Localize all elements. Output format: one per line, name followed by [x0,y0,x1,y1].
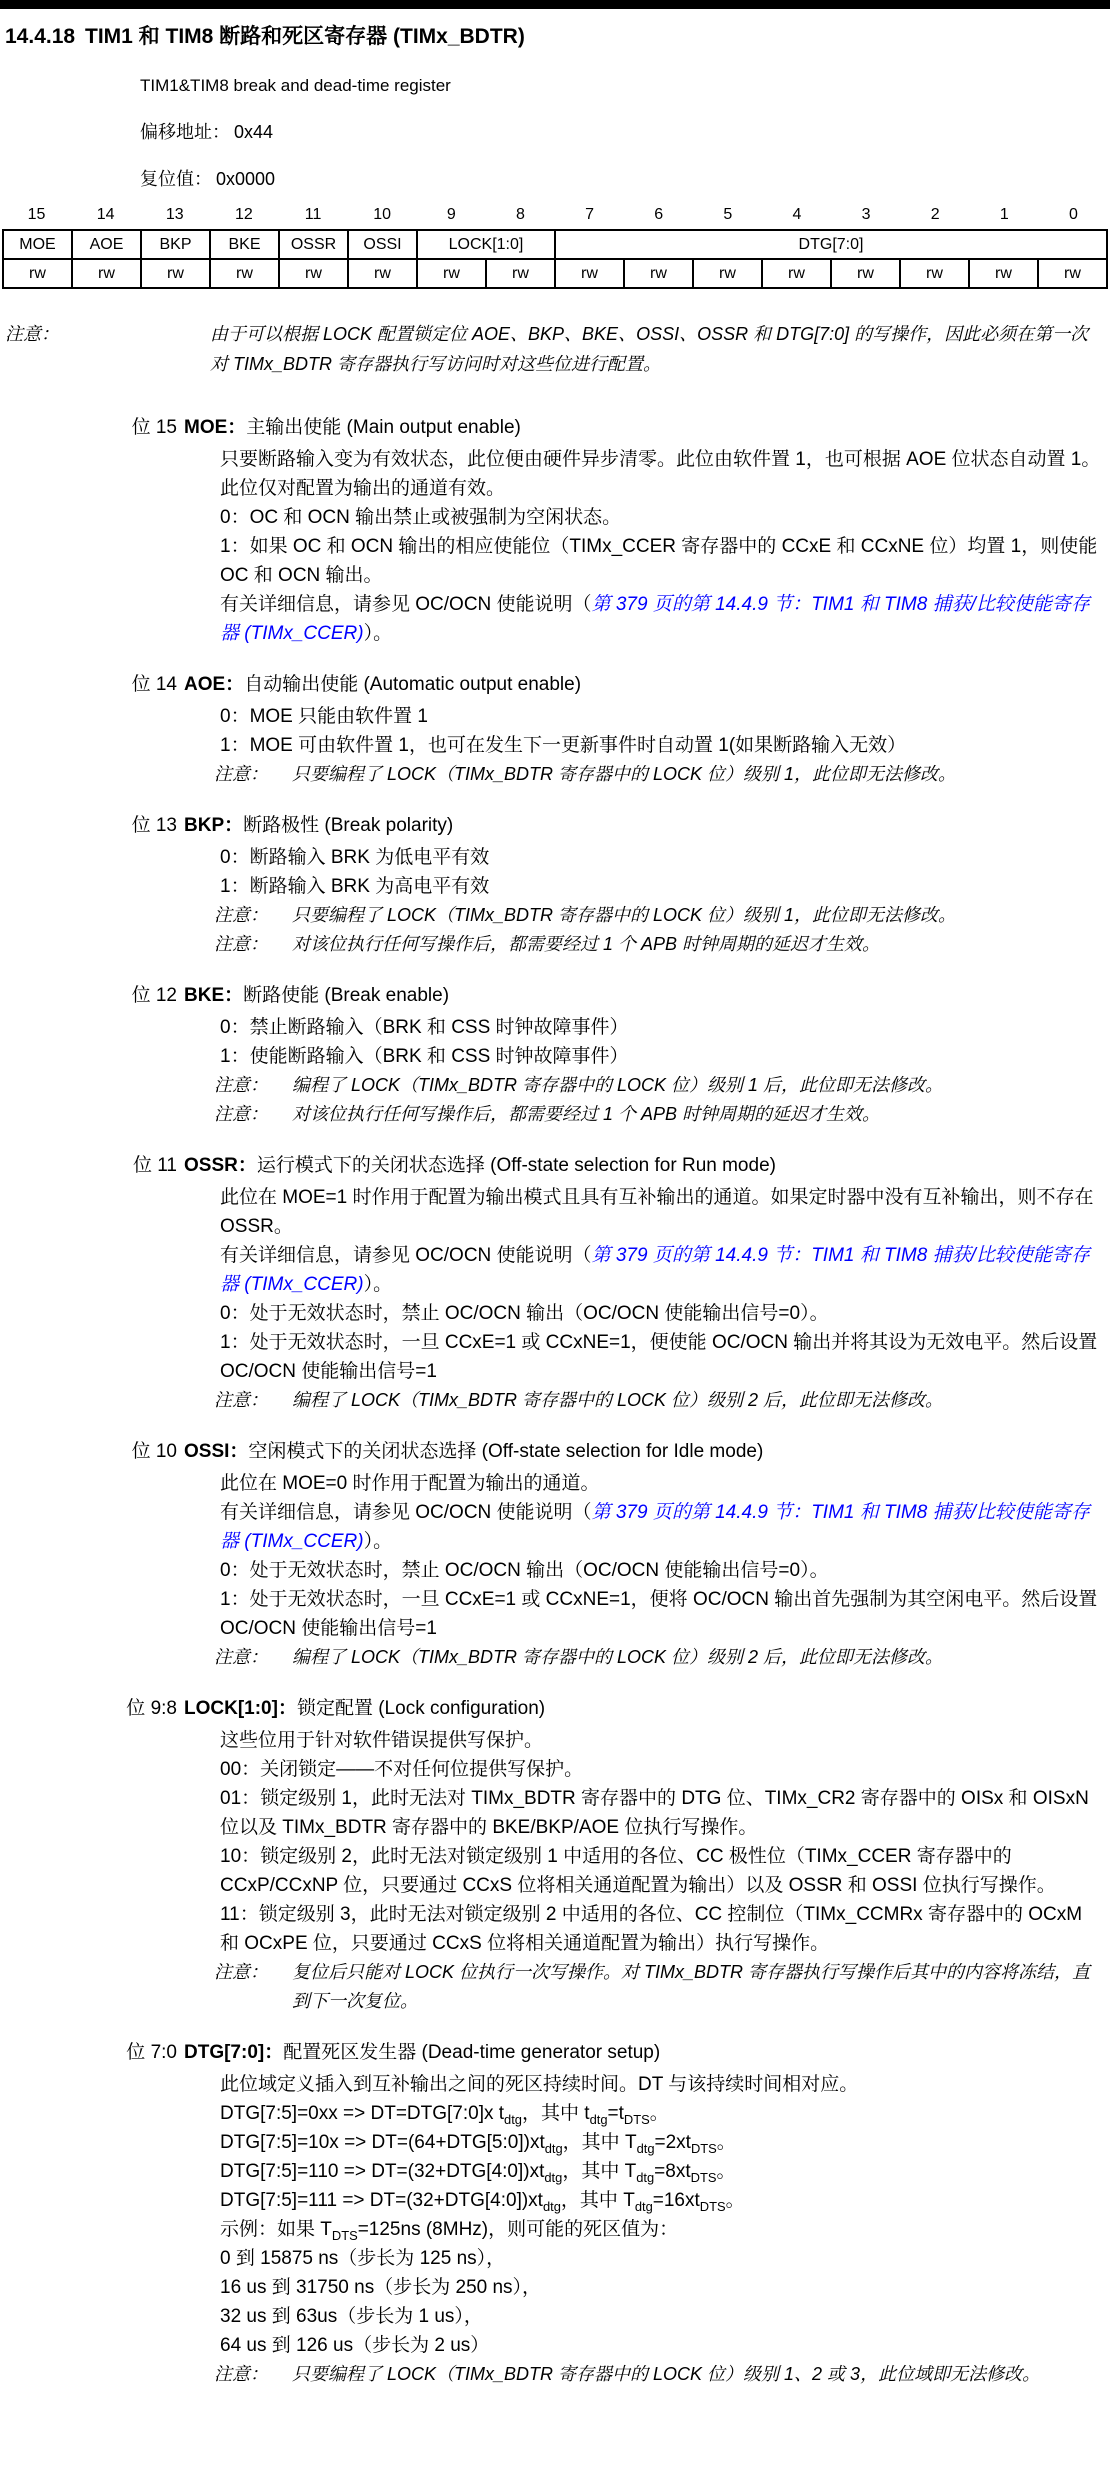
text-run: 1：处于无效状态时，一旦 CCxE=1 或 CCxNE=1，便使能 OC/OCN… [220,1332,1097,1382]
bit-number: 5 [693,206,762,224]
page-top-border [0,0,1110,9]
bit-field-description: 断路极性 (Break polarity) [243,815,453,836]
register-diagram: 1514131211109876543210MOEAOEBKPBKEOSSROS… [2,206,1108,289]
text-run: DTG[7:5]=10x => DT=(64+DTG[5:0])xt [220,2132,545,2153]
text-run: ，其中 T [563,2132,637,2153]
bit-paragraph: 1：如果 OC 和 OCN 输出的相应使能位（TIMx_CCER 寄存器中的 C… [220,532,1106,590]
offset-address-line: 偏移地址：0x44 [140,121,1110,144]
bit-paragraph: 1：处于无效状态时，一旦 CCxE=1 或 CCxNE=1，便使能 OC/OCN… [220,1328,1106,1386]
bit-range-label: 位 9:8 [0,1694,177,1723]
bit-range-label: 位 13 [0,811,177,840]
text-run: 0：断路输入 BRK 为低电平有效 [220,847,489,868]
access-cell: rw [210,259,279,288]
bit-field-name: BKE： [184,985,243,1006]
bit-field-name: LOCK[1:0]： [184,1698,297,1719]
text-run: ，其中 T [562,2161,636,2182]
bit-paragraph: 有关详细信息，请参见 OC/OCN 使能说明（第 379 页的第 14.4.9 … [220,590,1106,648]
note-label: 注意： [214,1071,268,1100]
offset-label: 偏移地址： [140,122,230,142]
bit-section-body: 0：禁止断路输入（BRK 和 CSS 时钟故障事件）1：使能断路输入（BRK 和… [0,1013,1110,1129]
text-run: 0：OC 和 OCN 输出禁止或被强制为空闲状态。 [220,507,621,528]
text-run: 对该位执行任何写操作后，都需要经过 1 个 APB 时钟周期的延迟才生效。 [292,1104,880,1124]
bit-paragraph: DTG[7:5]=110 => DT=(32+DTG[4:0])xtdtg，其中… [220,2157,1106,2186]
text-run: 示例：如果 T [220,2219,332,2240]
note-label: 注意： [214,760,268,789]
text-run: 00：关闭锁定——不对任何位提供写保护。 [220,1759,583,1780]
bit-number: 9 [417,206,486,224]
bit-section-header: 位 9:8LOCK[1:0]：锁定配置 (Lock configuration) [0,1694,1110,1723]
note-label: 注意： [214,1100,268,1129]
text-run: 0：禁止断路输入（BRK 和 CSS 时钟故障事件） [220,1017,629,1038]
reset-value-line: 复位值：0x0000 [140,168,1110,191]
bit-paragraph: 0：处于无效状态时，禁止 OC/OCN 输出（OC/OCN 使能输出信号=0）。 [220,1299,1106,1328]
subscript-text: dtg [545,2141,563,2156]
bit-field-name: AOE： [184,674,244,695]
text-run: 此位域定义插入到互补输出之间的死区持续时间。DT 与该持续时间相对应。 [220,2074,858,2095]
text-run: 1：如果 OC 和 OCN 输出的相应使能位（TIMx_CCER 寄存器中的 C… [220,536,1097,586]
text-run: =125ns (8MHz)，则可能的死区值为： [358,2219,678,2240]
bit-section-LOCK: 位 9:8LOCK[1:0]：锁定配置 (Lock configuration)… [0,1694,1110,2016]
text-run: 只要编程了 LOCK（TIMx_BDTR 寄存器中的 LOCK 位）级别 1，此… [292,764,956,784]
bit-paragraph: DTG[7:5]=0xx => DT=DTG[7:0]x tdtg，其中 tdt… [220,2099,1106,2128]
subscript-text: dtg [635,2199,653,2214]
bit-number: 6 [624,206,693,224]
text-run: 只要断路输入变为有效状态，此位便由硬件异步清零。此位由软件置 1，也可根据 AO… [220,449,1100,499]
bit-section-OSSR: 位 11OSSR：运行模式下的关闭状态选择 (Off-state selecti… [0,1151,1110,1415]
bit-field-description: 断路使能 (Break enable) [243,985,449,1006]
bit-field-name: MOE： [184,417,246,438]
bit-paragraph: 此位在 MOE=1 时作用于配置为输出模式且具有互补输出的通道。如果定时器中没有… [220,1183,1106,1241]
field-cell: OSSR [279,230,348,259]
bit-range-label: 位 7:0 [0,2038,177,2067]
text-run: 01：锁定级别 1，此时无法对 TIMx_BDTR 寄存器中的 DTG 位、TI… [220,1788,1089,1838]
field-cell: BKP [141,230,210,259]
bit-number: 15 [2,206,71,224]
bit-note: 注意：只要编程了 LOCK（TIMx_BDTR 寄存器中的 LOCK 位）级别 … [214,760,1106,789]
text-run: =2xt [655,2132,691,2153]
field-cell: BKE [210,230,279,259]
bit-paragraph: 0：处于无效状态时，禁止 OC/OCN 输出（OC/OCN 使能输出信号=0）。 [220,1556,1106,1585]
bit-paragraph: 这些位用于针对软件错误提供写保护。 [220,1726,1106,1755]
text-run: 0 到 15875 ns（步长为 125 ns）， [220,2248,505,2269]
bit-paragraph: 00：关闭锁定——不对任何位提供写保护。 [220,1755,1106,1784]
bit-descriptions: 位 15MOE：主输出使能 (Main output enable)只要断路输入… [0,413,1110,2415]
subscript-text: DTS [691,2170,717,2185]
text-run: DTG[7:5]=111 => DT=(32+DTG[4:0])xt [220,2190,543,2211]
bit-number: 0 [1039,206,1108,224]
text-run: 对该位执行任何写操作后，都需要经过 1 个 APB 时钟周期的延迟才生效。 [292,934,880,954]
bit-note: 注意：只要编程了 LOCK（TIMx_BDTR 寄存器中的 LOCK 位）级别 … [214,901,1106,930]
text-run: ，其中 t [522,2103,590,2124]
field-cell: DTG[7:0] [555,230,1107,259]
bit-note: 注意：只要编程了 LOCK（TIMx_BDTR 寄存器中的 LOCK 位）级别 … [214,2360,1106,2389]
text-run: 。 [717,2132,736,2153]
bit-paragraph: 16 us 到 31750 ns（步长为 250 ns）， [220,2273,1106,2302]
bit-field-name: OSSI： [184,1441,248,1462]
field-cell: LOCK[1:0] [417,230,555,259]
text-run: DTG[7:5]=110 => DT=(32+DTG[4:0])xt [220,2161,544,2182]
access-cell: rw [279,259,348,288]
bit-section-BKP: 位 13BKP：断路极性 (Break polarity)0：断路输入 BRK … [0,811,1110,959]
bit-paragraph: 0：OC 和 OCN 输出禁止或被强制为空闲状态。 [220,503,1106,532]
text-run: 。 [726,2190,745,2211]
text-run: 只要编程了 LOCK（TIMx_BDTR 寄存器中的 LOCK 位）级别 1、2… [292,2364,1040,2384]
note-label: 注意： [214,1386,268,1415]
bit-paragraph: 1：断路输入 BRK 为高电平有效 [220,872,1106,901]
bit-section-body: 此位在 MOE=0 时作用于配置为输出的通道。有关详细信息，请参见 OC/OCN… [0,1469,1110,1672]
bit-number: 3 [832,206,901,224]
bit-section-OSSI: 位 10OSSI：空闲模式下的关闭状态选择 (Off-state selecti… [0,1437,1110,1672]
access-cell: rw [900,259,969,288]
note-label: 注意： [5,319,59,349]
bit-section-body: 只要断路输入变为有效状态，此位便由硬件异步清零。此位由软件置 1，也可根据 AO… [0,445,1110,648]
text-run: =16xt [653,2190,700,2211]
access-cell: rw [1038,259,1107,288]
text-run: 。 [716,2161,735,2182]
subscript-text: dtg [543,2199,561,2214]
bit-section-DTG: 位 7:0DTG[7:0]：配置死区发生器 (Dead-time generat… [0,2038,1110,2389]
bit-note: 注意：编程了 LOCK（TIMx_BDTR 寄存器中的 LOCK 位）级别 2 … [214,1386,1106,1415]
text-run: ）。 [364,1531,393,1552]
field-cell: OSSI [348,230,417,259]
bit-number: 2 [901,206,970,224]
access-cell: rw [624,259,693,288]
text-run: 64 us 到 126 us（步长为 2 us） [220,2335,489,2356]
bit-section-body: 这些位用于针对软件错误提供写保护。00：关闭锁定——不对任何位提供写保护。01：… [0,1726,1110,2016]
reset-label: 复位值： [140,169,212,189]
subscript-text: DTS [700,2199,726,2214]
section-number: 14.4.18 [5,23,85,50]
bit-paragraph: 示例：如果 TDTS=125ns (8MHz)，则可能的死区值为： [220,2215,1106,2244]
text-run: ）。 [364,1274,393,1295]
bit-number: 14 [71,206,140,224]
bit-section-body: 0：断路输入 BRK 为低电平有效1：断路输入 BRK 为高电平有效注意：只要编… [0,843,1110,959]
bit-paragraph: 有关详细信息，请参见 OC/OCN 使能说明（第 379 页的第 14.4.9 … [220,1241,1106,1299]
subscript-text: dtg [504,2112,522,2127]
bit-range-label: 位 10 [0,1437,177,1466]
bit-note: 注意：复位后只能对 LOCK 位执行一次写操作。对 TIMx_BDTR 寄存器执… [214,1958,1106,2016]
bit-section-header: 位 11OSSR：运行模式下的关闭状态选择 (Off-state selecti… [0,1151,1110,1180]
note-label: 注意： [214,2360,268,2389]
text-run: 10：锁定级别 2，此时无法对锁定级别 1 中适用的各位、CC 极性位（TIMx… [220,1846,1056,1896]
bit-field-description: 运行模式下的关闭状态选择 (Off-state selection for Ru… [257,1155,776,1176]
bit-range-label: 位 12 [0,981,177,1010]
subscript-text: dtg [637,2141,655,2156]
bit-field-description: 锁定配置 (Lock configuration) [297,1698,545,1719]
access-cell: rw [693,259,762,288]
access-cell: rw [72,259,141,288]
page-title: TIM1 和 TIM8 断路和死区寄存器 (TIMx_BDTR) [85,23,525,50]
bit-paragraph: 10：锁定级别 2，此时无法对锁定级别 1 中适用的各位、CC 极性位（TIMx… [220,1842,1106,1900]
bit-section-MOE: 位 15MOE：主输出使能 (Main output enable)只要断路输入… [0,413,1110,648]
text-run: 16 us 到 31750 ns（步长为 250 ns）， [220,2277,541,2298]
subscript-text: DTS [624,2112,650,2127]
text-run: 1：断路输入 BRK 为高电平有效 [220,876,489,897]
field-cell: MOE [3,230,72,259]
text-run: 1：使能断路输入（BRK 和 CSS 时钟故障事件） [220,1046,629,1067]
reset-value: 0x0000 [216,169,275,189]
bit-note: 注意：编程了 LOCK（TIMx_BDTR 寄存器中的 LOCK 位）级别 2 … [214,1643,1106,1672]
bit-section-body: 0：MOE 只能由软件置 11：MOE 可由软件置 1，也可在发生下一更新事件时… [0,702,1110,789]
text-run: 11：锁定级别 3，此时无法对锁定级别 2 中适用的各位、CC 控制位（TIMx… [220,1904,1082,1954]
subscript-text: dtg [590,2112,608,2127]
text-run: 复位后只能对 LOCK 位执行一次写操作。对 TIMx_BDTR 寄存器执行写操… [292,1962,1090,2011]
bit-numbers-row: 1514131211109876543210 [2,206,1108,224]
bit-paragraph: DTG[7:5]=10x => DT=(64+DTG[5:0])xtdtg，其中… [220,2128,1106,2157]
text-run: 有关详细信息，请参见 OC/OCN 使能说明（ [220,1245,592,1266]
register-table: MOEAOEBKPBKEOSSROSSILOCK[1:0]DTG[7:0]rwr… [2,229,1108,289]
bit-section-body: 此位域定义插入到互补输出之间的死区持续时间。DT 与该持续时间相对应。DTG[7… [0,2070,1110,2389]
text-run: =t [608,2103,624,2124]
access-row: rwrwrwrwrwrwrwrwrwrwrwrwrwrwrwrw [3,259,1107,288]
note-label: 注意： [214,930,268,959]
bit-number: 13 [140,206,209,224]
bit-paragraph: 01：锁定级别 1，此时无法对 TIMx_BDTR 寄存器中的 DTG 位、TI… [220,1784,1106,1842]
field-row: MOEAOEBKPBKEOSSROSSILOCK[1:0]DTG[7:0] [3,230,1107,259]
bit-number: 7 [555,206,624,224]
bit-paragraph: 0：禁止断路输入（BRK 和 CSS 时钟故障事件） [220,1013,1106,1042]
bit-paragraph: 此位域定义插入到互补输出之间的死区持续时间。DT 与该持续时间相对应。 [220,2070,1106,2099]
text-run: 编程了 LOCK（TIMx_BDTR 寄存器中的 LOCK 位）级别 2 后，此… [292,1647,943,1667]
bit-number: 12 [209,206,278,224]
bit-range-label: 位 14 [0,670,177,699]
bit-field-description: 空闲模式下的关闭状态选择 (Off-state selection for Id… [248,1441,763,1462]
text-run: 此位在 MOE=1 时作用于配置为输出模式且具有互补输出的通道。如果定时器中没有… [220,1187,1094,1237]
text-run: 1：处于无效状态时，一旦 CCxE=1 或 CCxNE=1，便将 OC/OCN … [220,1589,1097,1639]
text-run: 32 us 到 63us（步长为 1 us）， [220,2306,483,2327]
bit-field-name: BKP： [184,815,243,836]
bit-field-description: 主输出使能 (Main output enable) [246,417,521,438]
bit-paragraph: 1：处于无效状态时，一旦 CCxE=1 或 CCxNE=1，便将 OC/OCN … [220,1585,1106,1643]
text-run: 有关详细信息，请参见 OC/OCN 使能说明（ [220,594,592,615]
bit-section-BKE: 位 12BKE：断路使能 (Break enable)0：禁止断路输入（BRK … [0,981,1110,1129]
text-run: DTG[7:5]=0xx => DT=DTG[7:0]x t [220,2103,504,2124]
bit-paragraph: 只要断路输入变为有效状态，此位便由硬件异步清零。此位由软件置 1，也可根据 AO… [220,445,1106,503]
text-run: 只要编程了 LOCK（TIMx_BDTR 寄存器中的 LOCK 位）级别 1，此… [292,905,956,925]
top-note: 注意：由于可以根据 LOCK 配置锁定位 AOE、BKP、BKE、OSSI、OS… [0,319,1105,379]
bit-note: 注意：编程了 LOCK（TIMx_BDTR 寄存器中的 LOCK 位）级别 1 … [214,1071,1106,1100]
bit-section-header: 位 15MOE：主输出使能 (Main output enable) [0,413,1110,442]
bit-number: 10 [348,206,417,224]
text-run: 编程了 LOCK（TIMx_BDTR 寄存器中的 LOCK 位）级别 1 后，此… [292,1075,943,1095]
bit-number: 1 [970,206,1039,224]
bit-section-AOE: 位 14AOE：自动输出使能 (Automatic output enable)… [0,670,1110,789]
bit-section-header: 位 12BKE：断路使能 (Break enable) [0,981,1110,1010]
text-run: 这些位用于针对软件错误提供写保护。 [220,1730,543,1751]
bit-paragraph: 11：锁定级别 3，此时无法对锁定级别 2 中适用的各位、CC 控制位（TIMx… [220,1900,1106,1958]
bit-field-name: DTG[7:0]： [184,2042,283,2063]
text-run: ）。 [364,623,393,644]
bit-section-header: 位 10OSSI：空闲模式下的关闭状态选择 (Off-state selecti… [0,1437,1110,1466]
section-heading: 14.4.18 TIM1 和 TIM8 断路和死区寄存器 (TIMx_BDTR) [5,23,1110,50]
subscript-text: dtg [636,2170,654,2185]
note-label: 注意： [214,1958,268,1987]
bit-range-label: 位 11 [0,1151,177,1180]
access-cell: rw [762,259,831,288]
register-subtitle: TIM1&TIM8 break and dead-time register [140,75,1110,97]
bit-paragraph: 64 us 到 126 us（步长为 2 us） [220,2331,1106,2360]
access-cell: rw [831,259,900,288]
note-text: 由于可以根据 LOCK 配置锁定位 AOE、BKP、BKE、OSSI、OSSR … [210,324,1088,374]
text-run: 0：MOE 只能由软件置 1 [220,706,428,727]
access-cell: rw [486,259,555,288]
text-run: 0：处于无效状态时，禁止 OC/OCN 输出（OC/OCN 使能输出信号=0）。 [220,1303,829,1324]
subscript-text: dtg [544,2170,562,2185]
text-run: ，其中 T [561,2190,635,2211]
access-cell: rw [555,259,624,288]
bit-number: 8 [486,206,555,224]
bit-paragraph: 0：断路输入 BRK 为低电平有效 [220,843,1106,872]
bit-field-description: 自动输出使能 (Automatic output enable) [244,674,581,695]
access-cell: rw [348,259,417,288]
bit-note: 注意：对该位执行任何写操作后，都需要经过 1 个 APB 时钟周期的延迟才生效。 [214,930,1106,959]
access-cell: rw [3,259,72,288]
bit-paragraph: 0 到 15875 ns（步长为 125 ns）， [220,2244,1106,2273]
bit-number: 11 [279,206,348,224]
access-cell: rw [417,259,486,288]
access-cell: rw [141,259,210,288]
subscript-text: DTS [691,2141,717,2156]
bit-number: 4 [762,206,831,224]
bit-range-label: 位 15 [0,413,177,442]
note-label: 注意： [214,1643,268,1672]
bit-section-body: 此位在 MOE=1 时作用于配置为输出模式且具有互补输出的通道。如果定时器中没有… [0,1183,1110,1415]
text-run: 0：处于无效状态时，禁止 OC/OCN 输出（OC/OCN 使能输出信号=0）。 [220,1560,829,1581]
bit-paragraph: 1：使能断路输入（BRK 和 CSS 时钟故障事件） [220,1042,1106,1071]
text-run: 有关详细信息，请参见 OC/OCN 使能说明（ [220,1502,592,1523]
bit-paragraph: 0：MOE 只能由软件置 1 [220,702,1106,731]
bit-note: 注意：对该位执行任何写操作后，都需要经过 1 个 APB 时钟周期的延迟才生效。 [214,1100,1106,1129]
text-run: 编程了 LOCK（TIMx_BDTR 寄存器中的 LOCK 位）级别 2 后，此… [292,1390,943,1410]
bit-section-header: 位 7:0DTG[7:0]：配置死区发生器 (Dead-time generat… [0,2038,1110,2067]
text-run: 此位在 MOE=0 时作用于配置为输出的通道。 [220,1473,600,1494]
text-run: =8xt [654,2161,690,2182]
bit-paragraph: 此位在 MOE=0 时作用于配置为输出的通道。 [220,1469,1106,1498]
access-cell: rw [969,259,1038,288]
offset-value: 0x44 [234,122,273,142]
bit-field-name: OSSR： [184,1155,257,1176]
text-run: 。 [650,2103,669,2124]
bit-field-description: 配置死区发生器 (Dead-time generator setup) [283,2042,660,2063]
subscript-text: DTS [332,2228,358,2243]
bit-paragraph: DTG[7:5]=111 => DT=(32+DTG[4:0])xtdtg，其中… [220,2186,1106,2215]
bit-paragraph: 1：MOE 可由软件置 1，也可在发生下一更新事件时自动置 1(如果断路输入无效… [220,731,1106,760]
field-cell: AOE [72,230,141,259]
bit-section-header: 位 13BKP：断路极性 (Break polarity) [0,811,1110,840]
text-run: 1：MOE 可由软件置 1，也可在发生下一更新事件时自动置 1(如果断路输入无效… [220,735,906,756]
bit-paragraph: 有关详细信息，请参见 OC/OCN 使能说明（第 379 页的第 14.4.9 … [220,1498,1106,1556]
bit-paragraph: 32 us 到 63us（步长为 1 us）， [220,2302,1106,2331]
bit-section-header: 位 14AOE：自动输出使能 (Automatic output enable) [0,670,1110,699]
note-label: 注意： [214,901,268,930]
